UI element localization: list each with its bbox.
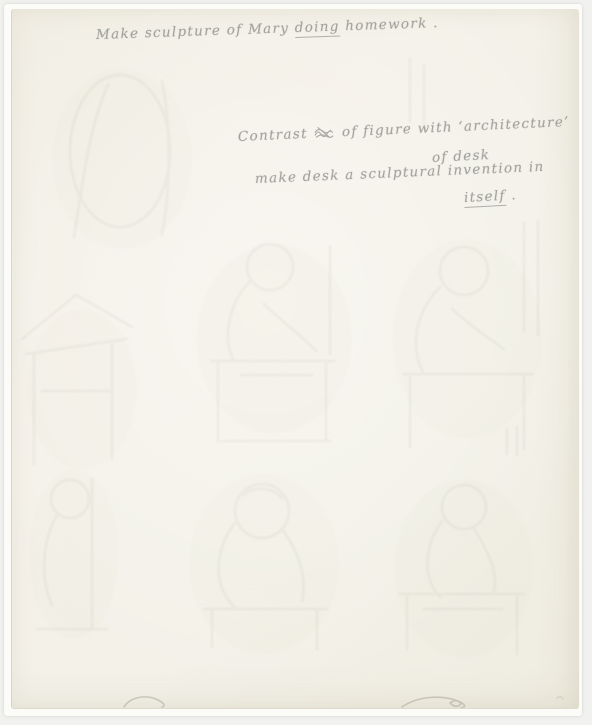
idea-line1-pre: Contrast (238, 126, 314, 145)
inscription-top-pre: Make sculpture of Mary (96, 20, 295, 43)
inscription-top: Make sculpture of Mary doing homework . (96, 15, 439, 43)
inscription-idea-line3: make desk a sculptural invention in (255, 159, 545, 187)
idea-line4-period: . (505, 187, 517, 204)
scribbled-out-word (314, 125, 335, 139)
idea-line1-post: of figure with ‘architecture’ (336, 114, 570, 141)
idea-line4-underlined-word: itself (464, 188, 507, 208)
sketchbook-page: Make sculpture of Mary doing homework . … (11, 9, 579, 709)
faint-pencil-sketches (12, 9, 579, 708)
inscription-top-post: homework . (339, 15, 439, 34)
inscription-top-underlined-word: doing (294, 18, 340, 38)
artwork-scan: Make sculpture of Mary doing homework . … (0, 0, 592, 725)
inscription-idea-line1: Contrast of figure with ‘architecture’ (238, 114, 570, 146)
inscription-idea-line4: itself . (464, 187, 518, 206)
